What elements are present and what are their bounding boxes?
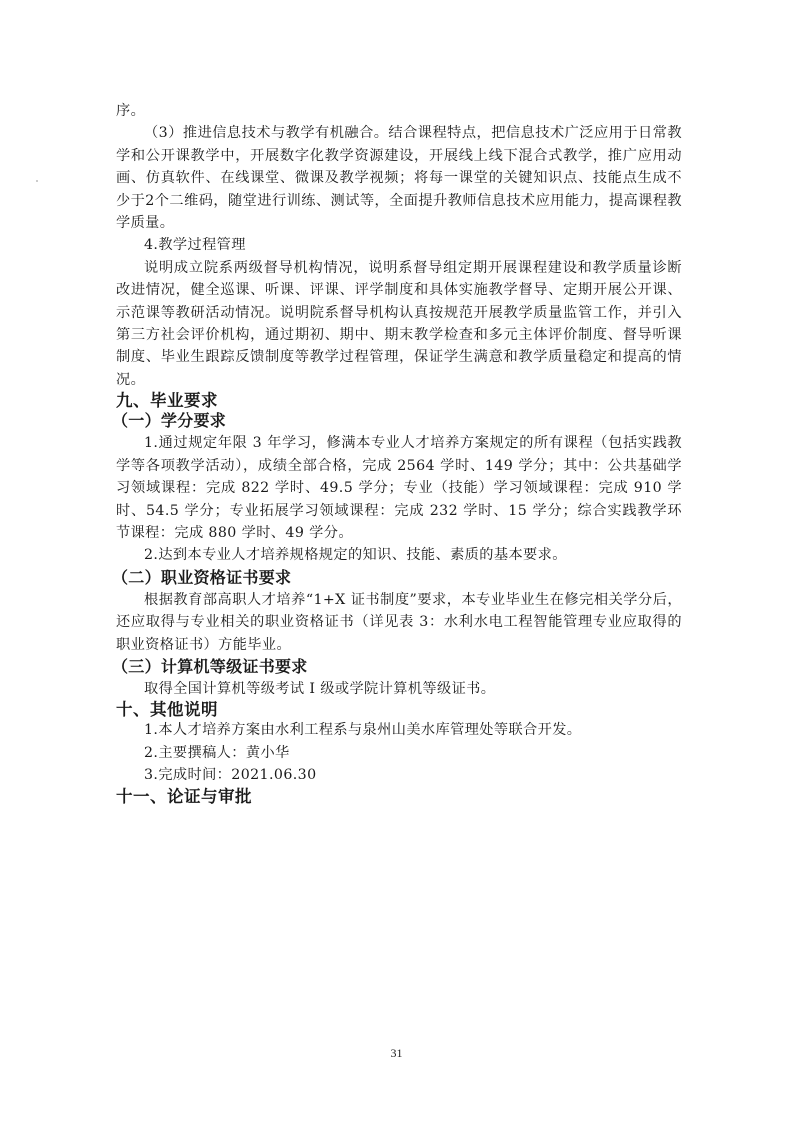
scan-speck [36, 180, 38, 182]
section-heading-graduation: 九、毕业要求 [116, 391, 682, 410]
paragraph-certificates: 根据教育部高职人才培养“1+X 证书制度”要求，本专业毕业生在修完相关学分后，还… [116, 589, 682, 656]
paragraph-continuation: 序。 [116, 100, 682, 122]
page-number: 31 [0, 1046, 793, 1061]
subsection-teaching-process: 4.教学过程管理 [116, 234, 682, 256]
item-basic-requirements: 2.达到本专业人才培养规格规定的知识、技能、素质的基本要求。 [116, 544, 682, 566]
document-page: 序。 （3）推进信息技术与教学有机融合。结合课程特点，把信息技术广泛应用于日常教… [116, 100, 682, 806]
subsection-heading-credits: （一）学分要求 [116, 410, 682, 432]
paragraph-supervision: 说明成立院系两级督导机构情况，说明系督导组定期开展课程建设和教学质量诊断改进情况… [116, 257, 682, 391]
section-heading-other: 十、其他说明 [116, 700, 682, 719]
subsection-heading-computer: （三）计算机等级证书要求 [116, 656, 682, 678]
item-computer-certificate: 取得全国计算机等级考试 I 级或学院计算机等级证书。 [116, 678, 682, 700]
paragraph-info-tech: （3）推进信息技术与教学有机融合。结合课程特点，把信息技术广泛应用于日常教学和公… [116, 122, 682, 234]
item-author: 2.主要撰稿人：黄小华 [116, 742, 682, 764]
section-heading-approval: 十一、论证与审批 [116, 787, 682, 806]
item-joint-development: 1.本人才培养方案由水利工程系与泉州山美水库管理处等联合开发。 [116, 719, 682, 741]
paragraph-credits: 1.通过规定年限 3 年学习，修满本专业人才培养方案规定的所有课程（包括实践教学… [116, 432, 682, 544]
item-completion-date: 3.完成时间：2021.06.30 [116, 764, 682, 786]
subsection-heading-certificates: （二）职业资格证书要求 [116, 567, 682, 589]
